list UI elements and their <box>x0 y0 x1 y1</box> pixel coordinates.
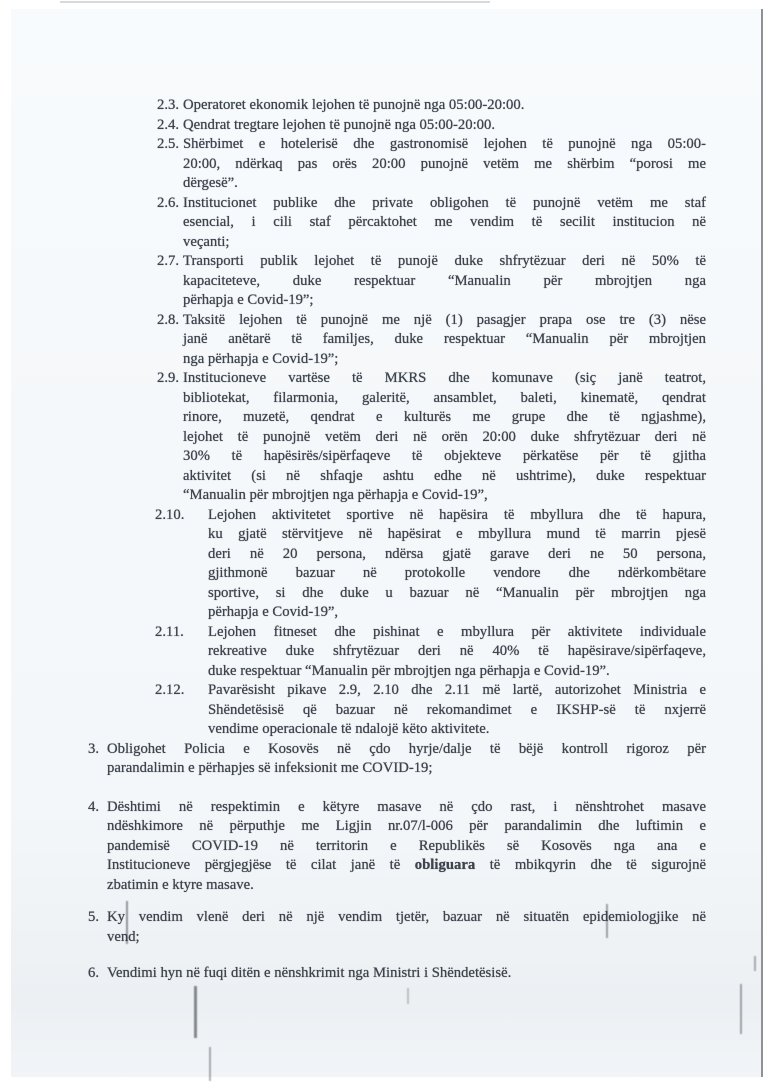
item-text-line: Institucioneve vartëse të MKRS dhe komun… <box>183 369 706 389</box>
item-text-line: aktivitet (si në shfaqje ashtu edhe në u… <box>183 467 706 487</box>
item-text: Shërbimet e hotelerisë dhe gastronomisë … <box>183 135 706 194</box>
item-text-line: dërgesë”. <box>183 174 706 194</box>
item-text-line: rekreative duke shfrytëzuar deri në 40% … <box>208 642 706 662</box>
item-text: Pavarësisht pikave 2.9, 2.10 dhe 2.11 më… <box>208 681 706 740</box>
list-item: 2.6.Institucionet publike dhe private ob… <box>11 194 761 253</box>
item-text-line: Vendimi hyn në fuqi ditën e nënshkrimit … <box>107 964 706 984</box>
item-number: 4. <box>88 798 99 818</box>
item-text-line: Pavarësisht pikave 2.9, 2.10 dhe 2.11 më… <box>208 681 706 701</box>
list-item: 2.12.Pavarësisht pikave 2.9, 2.10 dhe 2.… <box>11 681 761 740</box>
item-text-line: 20:00, ndërkaq pas orës 20:00 punojnë ve… <box>183 155 706 175</box>
item-text-line: esencial, i cili staf përcaktohet me ven… <box>183 213 706 233</box>
item-text: Institucioneve vartëse të MKRS dhe komun… <box>183 369 706 506</box>
item-text-line: deri në 20 persona, ndërsa gjatë garave … <box>208 545 706 565</box>
bold-text: obliguara <box>415 857 475 873</box>
item-text-line: bibliotekat, filarmonia, galeritë, ansam… <box>183 389 706 409</box>
list-item: 5.Ky vendim vlenë deri në një vendim tje… <box>11 908 761 947</box>
item-number: 3. <box>88 740 99 760</box>
item-text-line: Lejohen aktivitetet sportive në hapësira… <box>208 506 706 526</box>
item-text-line: Obligohet Policia e Kosovës në çdo hyrje… <box>107 740 706 760</box>
item-number: 6. <box>88 964 99 984</box>
item-text: Vendimi hyn në fuqi ditën e nënshkrimit … <box>107 964 706 984</box>
item-number: 2.8. <box>157 311 179 331</box>
item-number: 2.11. <box>155 623 184 643</box>
item-text: Operatoret ekonomik lejohen të punojnë n… <box>183 96 706 116</box>
scanned-page: 2.3.Operatoret ekonomik lejohen të punoj… <box>11 9 763 1077</box>
item-text: Obligohet Policia e Kosovës në çdo hyrje… <box>107 740 706 779</box>
item-text-line: ku gjatë stërvitjeve në hapësirat e mbyl… <box>208 525 706 545</box>
item-text: Institucionet publike dhe private obligo… <box>183 194 706 253</box>
list-item: 2.10.Lejohen aktivitetet sportive në hap… <box>11 506 761 623</box>
item-number: 2.7. <box>157 252 179 272</box>
item-text-line: vendime operacionale të ndalojë këto akt… <box>208 720 706 740</box>
item-number: 2.6. <box>157 194 179 214</box>
item-number: 2.5. <box>157 135 179 155</box>
item-text: Taksitë lejohen të punojnë me një (1) pa… <box>183 311 706 370</box>
item-text: Ky vendim vlenë deri në një vendim tjetë… <box>107 908 706 947</box>
item-number: 2.12. <box>155 681 184 701</box>
document-body: 2.3.Operatoret ekonomik lejohen të punoj… <box>11 9 761 984</box>
text: të mbikqyrin dhe të sigurojnë <box>475 857 706 873</box>
item-text: Lejohen fitneset dhe pishinat e mbyllura… <box>208 623 706 682</box>
item-text-line: përhapja e Covid-19”; <box>183 291 706 311</box>
item-text-line: sportive, si dhe duke u bazuar në “Manua… <box>208 584 706 604</box>
item-text-line: gjithmonë bazuar në protokolle vendore d… <box>208 564 706 584</box>
item-text-line: Dështimi në respektimin e këtyre masave … <box>107 798 706 818</box>
item-number: 2.3. <box>157 96 179 116</box>
item-text-line: janë anëtarë të familjes, duke respektua… <box>183 330 706 350</box>
item-text-line: Operatoret ekonomik lejohen të punojnë n… <box>183 96 706 116</box>
list-item: 2.4.Qendrat tregtare lejohen të punojnë … <box>11 116 761 136</box>
item-text-line: vend; <box>107 928 706 948</box>
item-text-line: veçanti; <box>183 233 706 253</box>
item-text: Qendrat tregtare lejohen të punojnë nga … <box>183 116 706 136</box>
list-item: 3.Obligohet Policia e Kosovës në çdo hyr… <box>11 740 761 779</box>
item-text-line: nga përhapja e Covid-19”; <box>183 350 706 370</box>
item-text-line: Transporti publik lejohet të punojë duke… <box>183 252 706 272</box>
item-text: Transporti publik lejohet të punojë duke… <box>183 252 706 311</box>
item-text-line: Taksitë lejohen të punojnë me një (1) pa… <box>183 311 706 331</box>
item-text-line: parandalimin e përhapjes së infeksionit … <box>107 759 706 779</box>
item-text: Dështimi në respektimin e këtyre masave … <box>107 798 706 896</box>
item-text-line: ndëshkimore në përputhje me Ligjin nr.07… <box>107 817 706 837</box>
item-text-line: lejohet të punojnë vetëm deri në orën 20… <box>183 428 706 448</box>
list-item: 4.Dështimi në respektimin e këtyre masav… <box>11 798 761 896</box>
item-text-line: Shërbimet e hotelerisë dhe gastronomisë … <box>183 135 706 155</box>
text: Institucioneve përgjegjëse të cilat janë… <box>107 857 415 873</box>
item-text-line: 30% të hapësirës/sipërfaqeve të objektev… <box>183 447 706 467</box>
list-item: 2.5.Shërbimet e hotelerisë dhe gastronom… <box>11 135 761 194</box>
list-item: 2.3.Operatoret ekonomik lejohen të punoj… <box>11 96 761 116</box>
item-text-line: “Manualin për mbrojtjen nga përhapja e C… <box>183 486 706 506</box>
item-text-line: pandemisë COVID-19 në territorin e Repub… <box>107 837 706 857</box>
item-number: 2.9. <box>157 369 179 389</box>
item-text-line: përhapja e Covid-19”, <box>208 603 706 623</box>
item-text-line: zbatimin e ktyre masave. <box>107 876 706 896</box>
scan-artifact-top-smudge <box>60 1 490 3</box>
list-item: 2.9.Institucioneve vartëse të MKRS dhe k… <box>11 369 761 506</box>
list-item: 2.8.Taksitë lejohen të punojnë me një (1… <box>11 311 761 370</box>
item-text-line: duke respektuar “Manualin për mbrojtjen … <box>208 662 706 682</box>
item-text-line: Shëndetësisë që bazuar në rekomandimet e… <box>208 701 706 721</box>
item-number: 5. <box>88 908 99 928</box>
list-item: 2.7.Transporti publik lejohet të punojë … <box>11 252 761 311</box>
list-item: 6.Vendimi hyn në fuqi ditën e nënshkrimi… <box>11 964 761 984</box>
item-text-line: Lejohen fitneset dhe pishinat e mbyllura… <box>208 623 706 643</box>
item-text-line: Ky vendim vlenë deri në një vendim tjetë… <box>107 908 706 928</box>
item-number: 2.4. <box>157 116 179 136</box>
item-text: Lejohen aktivitetet sportive në hapësira… <box>208 506 706 623</box>
item-text-line: Institucionet publike dhe private obligo… <box>183 194 706 214</box>
item-number: 2.10. <box>155 506 184 526</box>
item-text-line: rinore, muzetë, qendrat e kulturës me gr… <box>183 408 706 428</box>
item-text-line: Institucioneve përgjegjëse të cilat janë… <box>107 856 706 876</box>
item-text-line: Qendrat tregtare lejohen të punojnë nga … <box>183 116 706 136</box>
item-text-line: kapaciteteve, duke respektuar “Manualin … <box>183 272 706 292</box>
list-item: 2.11.Lejohen fitneset dhe pishinat e mby… <box>11 623 761 682</box>
